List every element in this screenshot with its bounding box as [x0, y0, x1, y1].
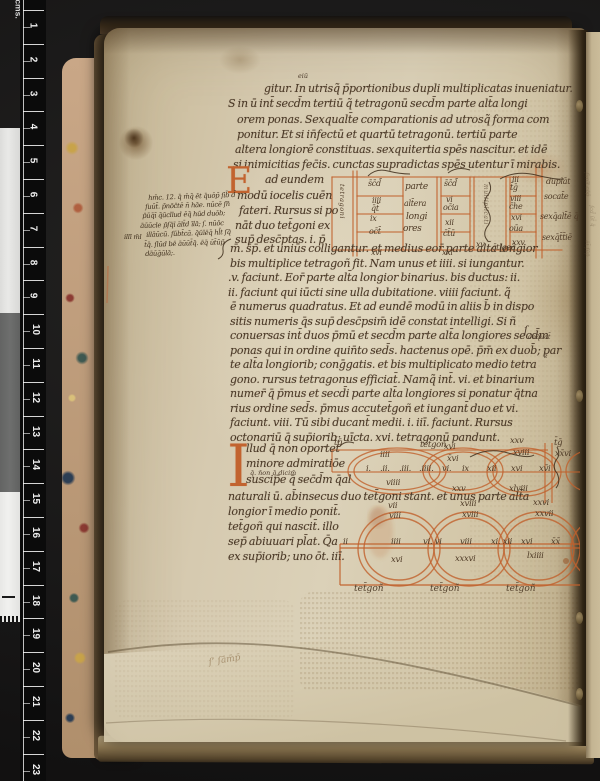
manuscript-text: tet̄goñ	[430, 584, 460, 594]
manuscript-text: x̄x̄	[551, 537, 560, 547]
manuscript-text: xxvii	[535, 509, 553, 519]
manuscript-text: xvi	[511, 464, 522, 474]
manuscript-text: .iii.	[399, 464, 411, 474]
manuscript-text: rius ordine sed̄s. p̄mus accutet̄goñ et …	[230, 402, 518, 415]
manuscript-text: alt̄era	[404, 199, 426, 208]
manuscript-text: faciunt. viii. Tū sibi ducant̄ medii. i.…	[230, 416, 513, 429]
manuscript-text: viii	[389, 511, 401, 521]
manuscript-photograph: 1234567891011121314151617181920212223 cm…	[0, 0, 600, 781]
manuscript-text: gitur. In utrisq̃ p̄portionibus dupli mu…	[264, 82, 573, 95]
manuscript-text: vii	[388, 501, 397, 511]
manuscript-text: ii	[343, 537, 348, 547]
manuscript-text: xv	[476, 240, 484, 249]
manuscript-text: socat̄e	[544, 192, 568, 201]
manuscript-text: ƨ	[544, 352, 547, 360]
manuscript-text: xxxvi	[455, 554, 475, 564]
manuscript-text: tet̄goñ qui nascit̄. illo	[228, 520, 339, 533]
manuscript-text: vi. vi	[423, 537, 442, 547]
manuscript-text: te alt̄a longiorib; conḡgatis. et bis mu…	[230, 358, 537, 371]
manuscript-text: xxv	[452, 484, 466, 494]
manuscript-text: ad eundem	[265, 173, 324, 186]
manuscript-text: naturali ū. ab̄insecus duo tet̄goni stan…	[228, 490, 529, 503]
manuscript-text: oc̄ia	[443, 203, 458, 212]
manuscript-text: illī m̄l	[124, 233, 141, 241]
manuscript-text: đeq̄uot̄	[528, 333, 551, 341]
manuscript-text: tetragoni	[338, 184, 346, 219]
manuscript-text: si inimicitias fec̄is. cunctas supradict…	[233, 158, 560, 171]
manuscript-text: c̄t̄ū	[443, 229, 455, 238]
manuscript-text: ii. faciunt qui iūcti sine ulla dubitati…	[228, 286, 511, 299]
manuscript-text: .ii.	[380, 464, 390, 474]
manuscript-text: xxvi	[533, 498, 549, 508]
manuscript-text: c̄tigeq̄	[492, 243, 515, 252]
manuscript-text: duplāt	[546, 177, 570, 186]
manuscript-text: lxiiii	[527, 551, 544, 561]
manuscript-text: q̄t̄	[371, 204, 379, 213]
manuscript-text: xlviii	[509, 484, 528, 494]
manuscript-text: xviii	[460, 499, 476, 509]
manuscript-text: ix	[370, 214, 376, 223]
manuscript-text: modū iocelis cuēn	[237, 189, 332, 202]
manuscript-text: c̄he	[509, 202, 522, 211]
manuscript-text: viiii	[386, 478, 400, 488]
manuscript-text: eiū	[298, 72, 308, 80]
manuscript-text: viii	[460, 537, 472, 547]
manuscript-text: .v. faciunt. Eor̄ parte alt̄a longior bi…	[228, 271, 520, 284]
manuscript-text: s̄c̄d̄	[444, 179, 457, 188]
manuscript-text: ores	[403, 224, 421, 234]
manuscript-text: llud q̄ non oportet	[246, 442, 340, 455]
manuscript-text: fateri. Rursus si po	[239, 204, 338, 217]
manuscript-text: vi.	[442, 464, 451, 474]
manuscript-text: xv̄i	[539, 464, 550, 474]
manuscript-text-layer: eiūgitur. In utrisq̃ p̄portionibus dupli…	[0, 0, 600, 781]
manuscript-text: oūa	[509, 224, 523, 233]
manuscript-text: iiii	[391, 537, 401, 547]
manuscript-text: x̄vi	[447, 454, 458, 464]
manuscript-text: orem ponas. Sexqualt̄e comparationis ad …	[237, 113, 549, 126]
manuscript-text: t̄ḡ	[510, 183, 518, 192]
manuscript-text: xi. xii	[491, 537, 512, 547]
manuscript-text: nāt duo tet̄goni ex	[235, 219, 330, 232]
manuscript-text: xviii	[513, 448, 529, 458]
manuscript-text: parte	[405, 182, 428, 192]
manuscript-text: xvi	[521, 537, 532, 547]
manuscript-text: xxi	[442, 248, 453, 257]
manuscript-text: sexq̄alt̄ē q̄	[540, 212, 578, 221]
manuscript-text: i.	[366, 464, 371, 474]
manuscript-text: xvi	[444, 442, 455, 452]
manuscript-text: xviii	[462, 510, 478, 520]
manuscript-text: xxv	[510, 436, 524, 446]
manuscript-text: gono. rursus tetragonus efficiat̄. Namq̃…	[230, 373, 535, 386]
manuscript-text: illāūcū. ſūbt̄cā. q̄ūīēq̄ hl̄t ſq̄	[146, 228, 231, 239]
manuscript-text: ponas qui in ordine quin̄to sed̄s. hacte…	[230, 344, 561, 357]
manuscript-text: .iiii.	[419, 464, 433, 474]
manuscript-text: iiii	[380, 450, 390, 460]
manuscript-text: ponitur. Et si in̄fectū et quartū tetrag…	[237, 128, 517, 141]
manuscript-text: bis multiplice tetragoñ fit. Nam unus et…	[230, 257, 524, 270]
manuscript-text: ix	[462, 464, 469, 474]
manuscript-text: conuersas int̄ duos p̄mū et secd̄m parte…	[230, 329, 549, 342]
manuscript-text: xx̄vi	[555, 449, 571, 459]
manuscript-text: multiplicati	[482, 184, 489, 225]
manuscript-text: S in ū int̄ secd̄m tertiū q̃ tetragonū s…	[228, 97, 528, 110]
manuscript-text: ē numerus quadratus. Et ad eundē modū in…	[230, 300, 534, 313]
manuscript-text: sep̄ abiuuari pl̄at. Q̄a	[228, 535, 338, 548]
manuscript-text: numer̄ q̄ p̄mus et secd̄i parte alt̄a lo…	[230, 387, 538, 400]
manuscript-text: xvi	[391, 555, 402, 565]
manuscript-text: sexq̄t̄t̄iē	[542, 233, 572, 242]
manuscript-text: ēt̄ ſūp̄	[583, 240, 590, 257]
manuscript-text: longior ī medio ponit̄.	[228, 505, 341, 518]
manuscript-text: oc̄t̄	[369, 227, 381, 236]
manuscript-text: t̄ḡ	[334, 438, 342, 448]
manuscript-text: p̄ūq̄ī q̄ūclīud ēq̄ hūd duōb;	[142, 209, 225, 220]
manuscript-text: tet̄goñ	[354, 584, 384, 594]
manuscript-text: suscip̄e q̄ sec̄d̄m q̄al	[246, 473, 351, 486]
manuscript-text: t̄q̄. ſlūd bē āūūt̄q̄. ēq̄ ūt̄ūp̄	[144, 238, 225, 249]
manuscript-text: longi	[406, 212, 427, 222]
manuscript-text: altera longiorē constituas. sexquitertia…	[235, 143, 547, 156]
manuscript-text: dāūḡūlā;.	[145, 249, 175, 258]
manuscript-text: xii	[487, 464, 496, 474]
manuscript-text: xii	[445, 218, 454, 227]
manuscript-text: t̄ḡ	[554, 438, 562, 448]
manuscript-text: xvi	[371, 248, 382, 257]
manuscript-text: s̄c̄d̄	[368, 179, 381, 188]
manuscript-text: ſ’ ſām̄p̄	[208, 653, 241, 668]
manuscript-text: tet̄goñ	[506, 584, 536, 594]
manuscript-text: ſīmīł cōp̄	[583, 172, 590, 196]
manuscript-text: xvi	[511, 213, 522, 222]
manuscript-text: ex sup̄iorib; uno ōt. iiī.	[228, 550, 345, 563]
manuscript-text: sitis numeris q̄s sup̄ desc̄psim̄ idē co…	[230, 315, 516, 328]
manuscript-text: tet̄goñ	[420, 440, 446, 450]
manuscript-text: ſcd̄ ūt̄ q̄	[588, 205, 595, 227]
